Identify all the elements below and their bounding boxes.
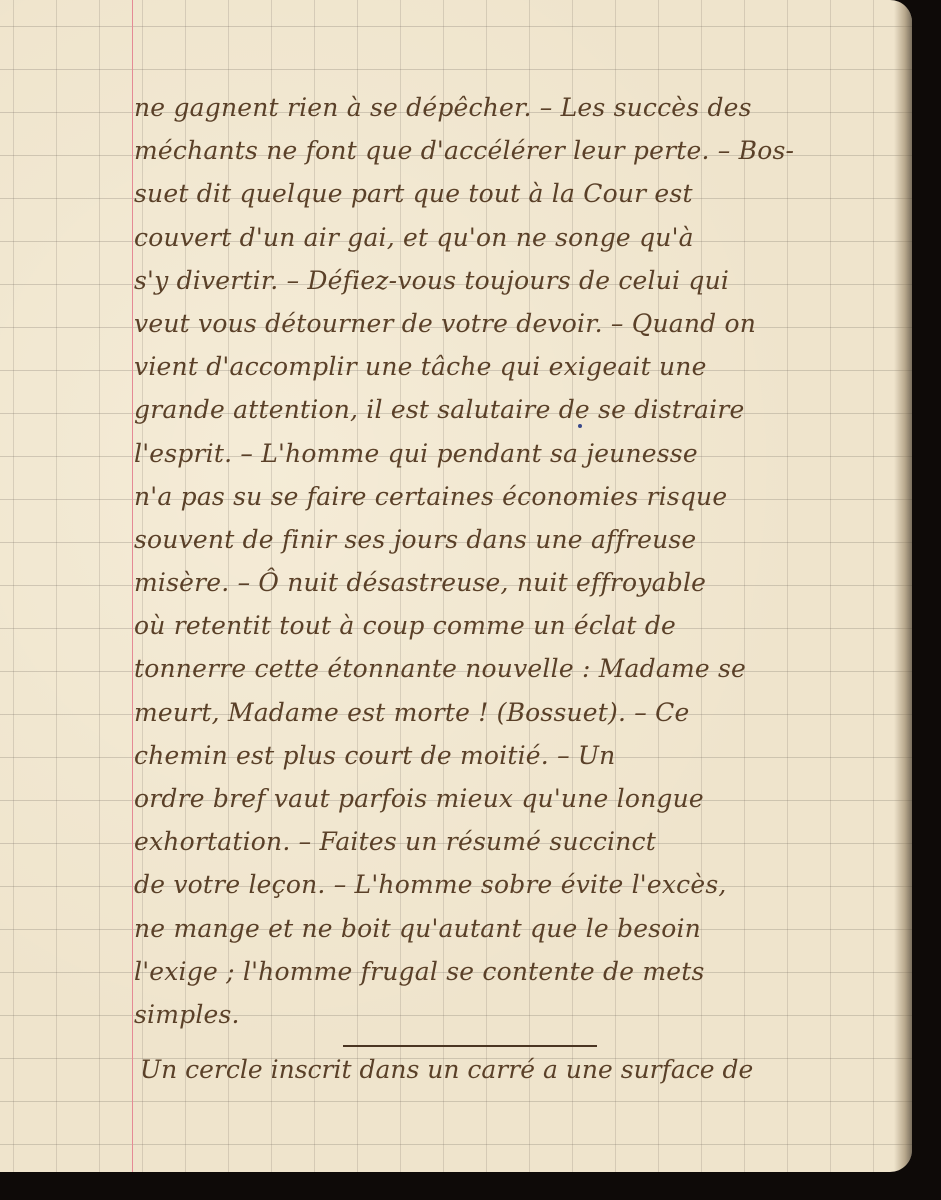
- text-line: l'exige ; l'homme frugal se contente de …: [134, 950, 904, 993]
- text-line: souvent de finir ses jours dans une affr…: [134, 518, 904, 561]
- handwritten-text-block: ne gagnent rien à se dépêcher. – Les suc…: [134, 86, 904, 1036]
- text-line: s'y divertir. – Défiez-vous toujours de …: [134, 259, 904, 302]
- text-line: misère. – Ô nuit désastreuse, nuit effro…: [134, 561, 904, 604]
- text-line: couvert d'un air gai, et qu'on ne songe …: [134, 216, 904, 259]
- text-line: simples.: [134, 993, 904, 1036]
- text-line: méchants ne font que d'accélérer leur pe…: [134, 129, 904, 172]
- ink-spot: [578, 424, 582, 428]
- section-divider: [343, 1045, 597, 1047]
- text-line: de votre leçon. – L'homme sobre évite l'…: [134, 863, 904, 906]
- text-line: où retentit tout à coup comme un éclat d…: [134, 604, 904, 647]
- text-line: exhortation. – Faites un résumé succinct: [134, 820, 904, 863]
- text-line: ne mange et ne boit qu'autant que le bes…: [134, 907, 904, 950]
- text-line: chemin est plus court de moitié. – Un: [134, 734, 904, 777]
- text-line: l'esprit. – L'homme qui pendant sa jeune…: [134, 432, 904, 475]
- text-line: meurt, Madame est morte ! (Bossuet). – C…: [134, 691, 904, 734]
- notebook-page: ne gagnent rien à se dépêcher. – Les suc…: [0, 0, 912, 1172]
- text-line: suet dit quelque part que tout à la Cour…: [134, 172, 904, 215]
- text-line: ordre bref vaut parfois mieux qu'une lon…: [134, 777, 904, 820]
- margin-line: [132, 0, 133, 1172]
- final-text-line: Un cercle inscrit dans un carré a une su…: [140, 1055, 753, 1084]
- text-line: vient d'accomplir une tâche qui exigeait…: [134, 345, 904, 388]
- text-line: tonnerre cette étonnante nouvelle : Mada…: [134, 647, 904, 690]
- text-line: ne gagnent rien à se dépêcher. – Les suc…: [134, 86, 904, 129]
- text-line: grande attention, il est salutaire de se…: [134, 388, 904, 431]
- text-line: veut vous détourner de votre devoir. – Q…: [134, 302, 904, 345]
- text-line: n'a pas su se faire certaines économies …: [134, 475, 904, 518]
